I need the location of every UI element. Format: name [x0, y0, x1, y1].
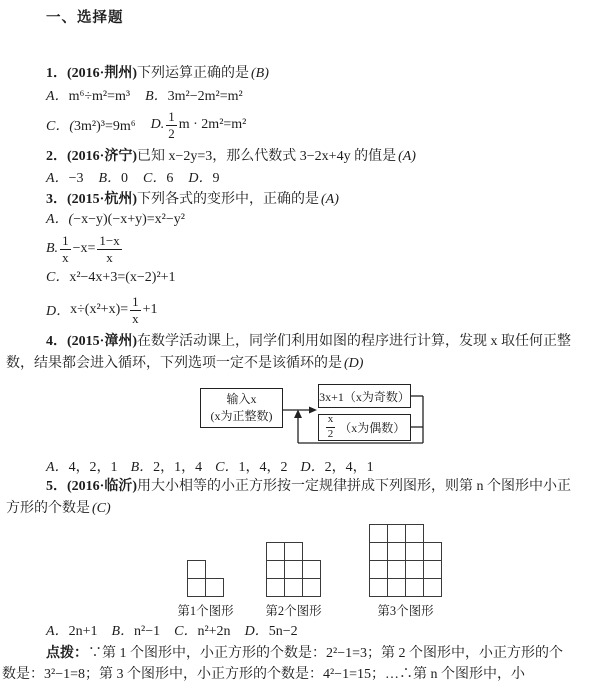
small-square — [369, 542, 388, 561]
q2-options-row: A．−3 B．0 C．6 D．9 — [46, 170, 220, 188]
q5-option-d: D．5n−2 — [245, 623, 298, 641]
q5-source: (2016·临沂) — [67, 479, 137, 494]
q5-option-a: A．2n+1 — [46, 623, 97, 641]
q3-source: (2015·杭州) — [67, 192, 137, 207]
q4-answer: (D) — [342, 356, 363, 371]
q5-option-b: B．n²−1 — [111, 623, 160, 641]
small-square — [284, 578, 303, 597]
question-4-stem-line1: 4．(2015·漳州)在数学活动课上，同学们利用如图的程序进行计算，发现 x 取… — [46, 333, 571, 351]
small-square — [387, 524, 406, 543]
small-square — [405, 542, 424, 561]
q1-option-a: A．m⁶÷m²=m³ — [46, 88, 130, 106]
q5-options-row: A．2n+1 B．n²−1 C．n²+2n D．5n−2 — [46, 623, 298, 641]
figure-1-label: 第1个图形 — [177, 601, 233, 619]
question-1-stem: 1．(2016·荆州)下列运算正确的是(B) — [46, 65, 269, 83]
small-square — [423, 560, 442, 579]
small-square — [266, 578, 285, 597]
q1-source: (2016·荆州) — [67, 66, 137, 81]
q4-stem-text-1: 在数学活动课上，同学们利用如图的程序进行计算，发现 x 取任何正整 — [137, 334, 571, 349]
small-square — [266, 542, 285, 561]
small-square — [387, 542, 406, 561]
program-flowchart: 输入x (x为正整数) 3x+1（x为奇数） x2 （x为偶数） — [193, 379, 445, 453]
explanation-line1: 点拨：∵第 1 个图形中，小正方形的个数是：2²−1=3；第 2 个图形中，小正… — [46, 645, 563, 663]
q5-stem-text-1: 用大小相等的小正方形按一定规律拼成下列图形，则第 n 个图形中小正 — [137, 479, 571, 494]
question-2-stem: 2．(2016·济宁)已知 x−2y=3，那么代数式 3−2x+4y 的值是(A… — [46, 148, 416, 166]
small-square — [302, 578, 321, 597]
q2-answer: (A) — [396, 149, 416, 164]
q3-option-d: D． x÷(x²+x)= 1x +1 — [46, 292, 158, 328]
flowchart-odd-branch-box: 3x+1（x为奇数） — [318, 384, 411, 408]
small-square — [369, 578, 388, 597]
input-box-line2: (x为正整数) — [211, 408, 273, 425]
question-3-stem: 3．(2015·杭州)下列各式的变形中，正确的是(A) — [46, 191, 339, 209]
q4-option-c: C．1，4，2 — [215, 459, 287, 477]
q5-answer: (C) — [90, 501, 111, 516]
q3-option-c: C．x²−4x+3=(x−2)²+1 — [46, 269, 176, 287]
small-square — [205, 578, 224, 597]
small-square — [423, 578, 442, 597]
q2-number: 2． — [46, 149, 67, 164]
figure-3-label: 第3个图形 — [377, 601, 433, 619]
small-square — [387, 578, 406, 597]
q5-option-c: C．n²+2n — [174, 623, 230, 641]
small-square — [302, 560, 321, 579]
flowchart-input-box: 输入x (x为正整数) — [200, 388, 283, 428]
small-square — [284, 542, 303, 561]
q4-source: (2015·漳州) — [67, 334, 137, 349]
q1-options-row-2: C．(3m²)³=9m⁶ D. 12 m · 2m²=m² — [46, 108, 246, 142]
q4-stem-text-2: 数，结果都会进入循环，下列选项一定不是该循环的是 — [6, 356, 342, 371]
q2-option-b: B．0 — [98, 170, 128, 188]
q1-options-row-1: A．m⁶÷m²=m³ B．3m²−2m²=m² — [46, 88, 243, 106]
input-box-line1: 输入x — [226, 391, 256, 408]
explanation-label: 点拨： — [46, 646, 88, 661]
q3-option-b: B. 1x −x= 1−xx — [46, 231, 124, 267]
fraction: 12 — [166, 110, 177, 140]
small-square — [405, 524, 424, 543]
small-square — [405, 578, 424, 597]
fraction: 1x — [60, 234, 71, 264]
q4-option-b: B．2，1，4 — [131, 459, 203, 477]
small-square — [369, 560, 388, 579]
question-5-stem-line2: 方形的个数是(C) — [6, 500, 111, 518]
q1-option-d: D. 12 m · 2m²=m² — [151, 110, 247, 140]
q3-option-a: A．(−x−y)(−x+y)=x²−y² — [46, 211, 185, 229]
fraction: 1−xx — [97, 234, 121, 264]
q4-options-row: A．4，2，1 B．2，1，4 C．1，4，2 D．2，4，1 — [46, 459, 374, 477]
q4-number: 4． — [46, 334, 67, 349]
section-title: 一、选择题 — [46, 9, 124, 27]
question-5-stem-line1: 5．(2016·临沂)用大小相等的小正方形按一定规律拼成下列图形，则第 n 个图… — [46, 478, 571, 496]
q2-stem-text: 已知 x−2y=3，那么代数式 3−2x+4y 的值是 — [137, 149, 396, 164]
small-square — [387, 560, 406, 579]
explanation-text-1: ∵第 1 个图形中，小正方形的个数是：2²−1=3；第 2 个图形中，小正方形的… — [88, 646, 563, 661]
small-square — [369, 524, 388, 543]
small-square — [187, 560, 206, 579]
flowchart-even-branch-box: x2 （x为偶数） — [318, 414, 411, 441]
q4-option-d: D．2，4，1 — [300, 459, 373, 477]
q2-source: (2016·济宁) — [67, 149, 137, 164]
figure-2-label: 第2个图形 — [265, 601, 321, 619]
figure-1: 第1个图形 — [187, 560, 224, 616]
small-square — [423, 542, 442, 561]
small-square — [266, 560, 285, 579]
explanation-text-2: 数是：3²−1=8；第 3 个图形中，小正方形的个数是：4²−1=15；…∴第 … — [2, 667, 525, 682]
q1-stem-text: 下列运算正确的是 — [137, 66, 249, 81]
q3-answer: (A) — [319, 192, 339, 207]
q2-option-c: C．6 — [143, 170, 173, 188]
q3-stem-text: 下列各式的变形中，正确的是 — [137, 192, 319, 207]
small-square — [187, 578, 206, 597]
small-square — [405, 560, 424, 579]
q4-option-a: A．4，2，1 — [46, 459, 118, 477]
q5-number: 5． — [46, 479, 67, 494]
q3-number: 3． — [46, 192, 67, 207]
q2-option-d: D．9 — [188, 170, 219, 188]
q1-number: 1． — [46, 66, 67, 81]
even-branch-label: （x为偶数） — [339, 419, 405, 436]
small-square — [284, 560, 303, 579]
question-4-stem-line2: 数，结果都会进入循环，下列选项一定不是该循环的是(D) — [6, 355, 363, 373]
fraction: x2 — [326, 414, 336, 440]
q2-option-a: A．−3 — [46, 170, 83, 188]
explanation-line2: 数是：3²−1=8；第 3 个图形中，小正方形的个数是：4²−1=15；…∴第 … — [2, 666, 525, 684]
q5-stem-text-2: 方形的个数是 — [6, 501, 90, 516]
figure-2: 第2个图形 — [266, 542, 321, 616]
fraction: 1x — [130, 295, 141, 325]
worksheet-page: 一、选择题 1．(2016·荆州)下列运算正确的是(B) A．m⁶÷m²=m³ … — [0, 0, 616, 688]
q1-answer: (B) — [249, 66, 269, 81]
q1-option-c: C．(3m²)³=9m⁶ — [46, 115, 136, 135]
q1-option-b: B．3m²−2m²=m² — [145, 88, 243, 106]
figure-3: 第3个图形 — [369, 524, 442, 616]
